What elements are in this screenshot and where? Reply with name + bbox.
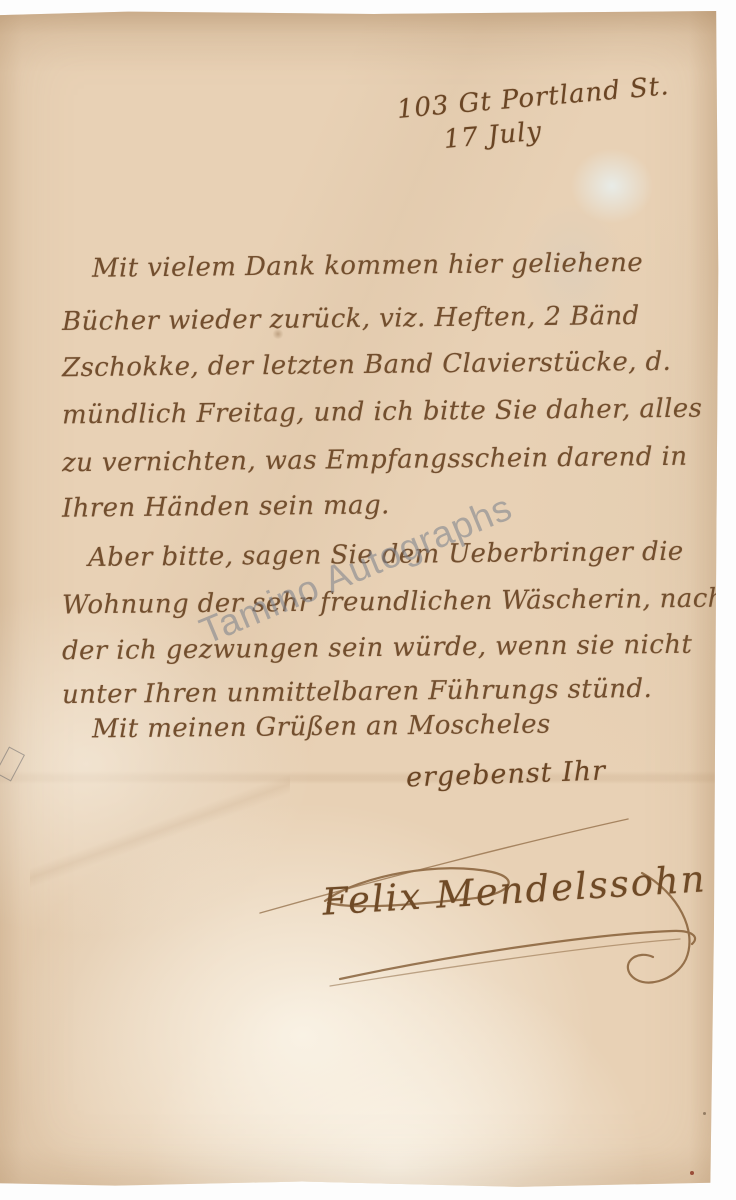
pencil-mark: [0, 747, 25, 782]
handwritten-line: unter Ihren unmittelbaren Führungs stünd…: [62, 674, 652, 710]
handwritten-line: Wohnung der sehr freundlichen Wäscherin,…: [62, 584, 725, 621]
letter-scan: 103 Gt Portland St. 17 July Mit vielem D…: [0, 0, 736, 1200]
handwritten-line: zu vernichten, was Empfangsschein darend…: [62, 442, 688, 479]
letter-paper-sheet: 103 Gt Portland St. 17 July Mit vielem D…: [0, 11, 719, 1188]
handwritten-line: mündlich Freitag, und ich bitte Sie dahe…: [62, 394, 703, 431]
dark-speck: [703, 1112, 706, 1115]
ink-smudge: [272, 329, 284, 339]
red-speck: [690, 1171, 694, 1175]
handwritten-line: Mit vielem Dank kommen hier geliehene: [62, 248, 643, 284]
letter-header: 103 Gt Portland St. 17 July: [396, 71, 674, 159]
greeting-line: Mit meinen Grüßen an Moscheles: [92, 710, 551, 745]
handwritten-line: der ich gezwungen sein würde, wenn sie n…: [62, 630, 693, 667]
handwritten-line: Ihren Händen sein mag.: [62, 490, 390, 523]
handwritten-line: Zschokke, der letzten Band Clavierstücke…: [62, 347, 672, 383]
handwritten-line: Bücher wieder zurück, viz. Heften, 2 Bän…: [62, 301, 640, 337]
